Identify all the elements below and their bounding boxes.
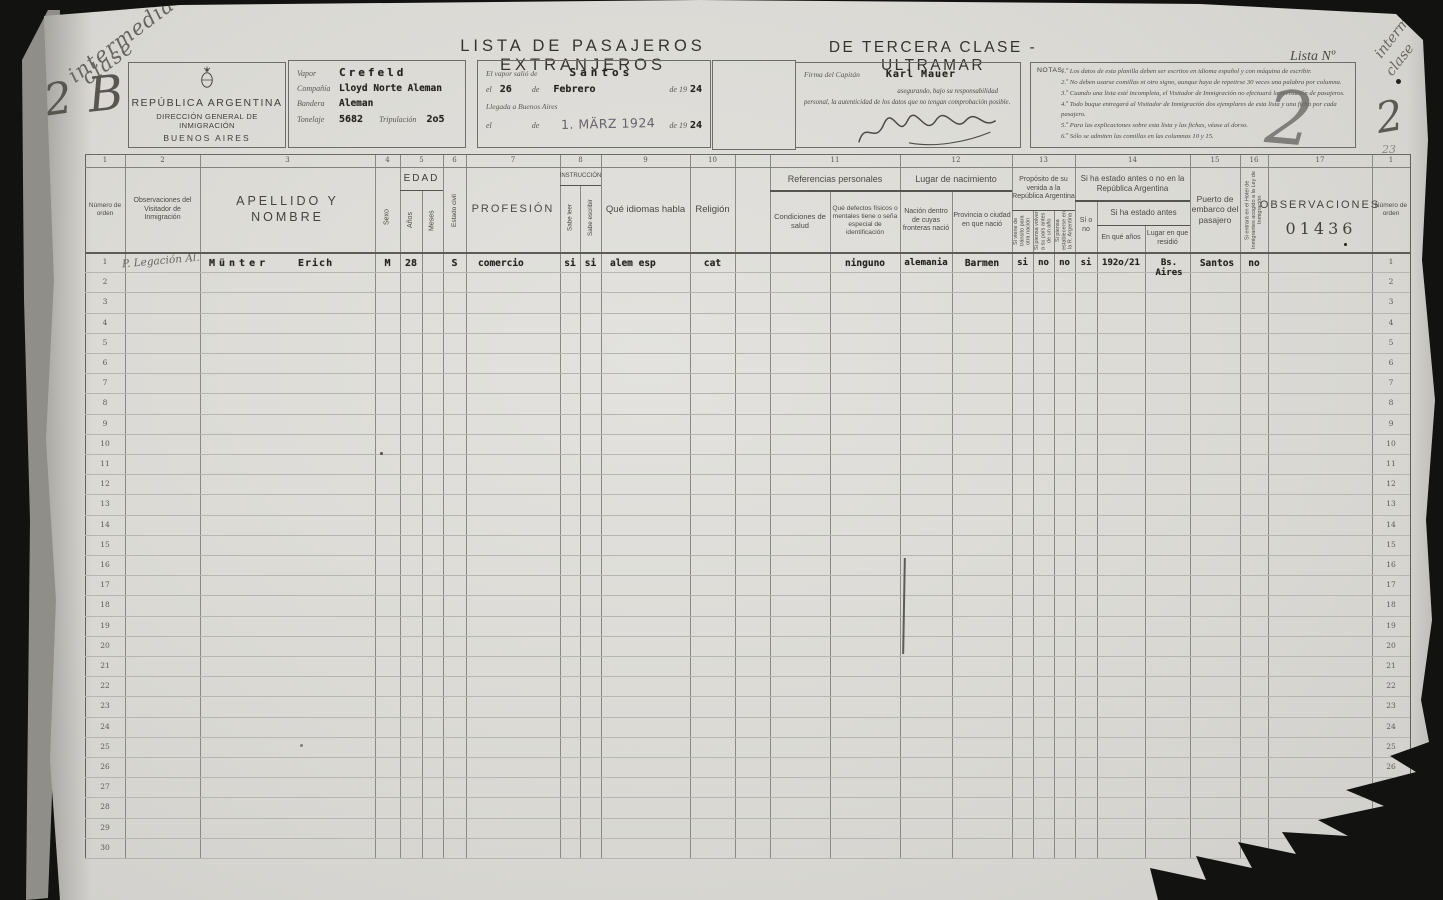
r1-nombre: Erich [298, 258, 333, 269]
row-line [85, 515, 1410, 516]
corner-23: 23 [1382, 143, 1396, 156]
col-si-ha-estado: Si ha estado antes [1097, 201, 1190, 224]
scanned-passenger-list-page: LISTA DE PASAJEROS EXTRANJEROS DE TERCER… [0, 0, 1443, 900]
row-line [85, 434, 1410, 435]
row-line [85, 676, 1410, 677]
row-number-left: 15 [85, 535, 125, 555]
notas-big-2: 2 [1262, 74, 1316, 164]
table-vline [1097, 200, 1098, 858]
column-number: 6 [443, 154, 466, 167]
col-apellido-nombre: APELLIDO Y NOMBRE [200, 167, 375, 252]
row-number-right: 5 [1372, 333, 1410, 353]
row-number-right: 25 [1372, 737, 1410, 757]
r1-idiomas: alem esp [610, 258, 656, 269]
column-number: 12 [900, 154, 1012, 167]
row-number-left: 7 [85, 373, 125, 393]
column-number: 8 [560, 154, 601, 167]
row-number-left: 27 [85, 777, 125, 797]
r1-anos: 28 [400, 258, 422, 269]
row-number-left: 30 [85, 838, 125, 858]
col-proposito-1: Si viene de tránsito para otra nación [1012, 211, 1033, 251]
col-proposito-group: Propósito de su venida a la República Ar… [1012, 169, 1075, 209]
row-number-right: 22 [1372, 676, 1410, 696]
col-referencias-group: Referencias personales [770, 171, 900, 188]
col-defectos: Qué defectos físicos o mentales tiene o … [830, 190, 900, 252]
top-left-mark-B: B [85, 64, 126, 123]
col-sexo: Sexo [377, 185, 398, 250]
r1-provincia: Barmen [952, 258, 1012, 269]
column-number: 4 [375, 154, 400, 167]
row-line [85, 535, 1410, 536]
column-number: 10 [690, 154, 735, 167]
row-line [85, 555, 1410, 556]
row-number-left: 17 [85, 575, 125, 595]
col-instruccion-group: INSTRUCCIÓN [560, 169, 601, 184]
col-puerto: Puerto de embarco del pasajero [1190, 167, 1240, 252]
row-number-left: 1 [85, 252, 125, 272]
col-lugar-residio: Lugar en que residió [1145, 226, 1190, 251]
row-number-left: 20 [85, 636, 125, 656]
column-number: 9 [601, 154, 690, 167]
row-line [85, 494, 1410, 495]
column-number: 2 [125, 154, 200, 167]
row-number-right: 14 [1372, 515, 1410, 535]
row-number-right: 26 [1372, 757, 1410, 777]
col-estado-antes-group: Si ha estado antes o no en la República … [1075, 169, 1190, 199]
ink-speck [1396, 79, 1401, 84]
r1-hotel: no [1240, 258, 1268, 269]
row-line [85, 393, 1410, 394]
r1-sabe-leer: si [560, 258, 580, 269]
r1-profesion: comercio [478, 258, 524, 269]
row-number-right: 16 [1372, 555, 1410, 575]
table-vline [1410, 154, 1411, 858]
row-number-left: 5 [85, 333, 125, 353]
row-number-left: 28 [85, 797, 125, 817]
ink-speck [380, 452, 383, 455]
row-line [85, 696, 1410, 697]
row-number-left: 11 [85, 454, 125, 474]
col-observaciones: OBSERVACIONES [1268, 196, 1372, 216]
row-number-right: 29 [1372, 818, 1410, 838]
row-line [85, 636, 1410, 637]
row-number-left: 3 [85, 292, 125, 312]
row-number-right: 2 [1372, 272, 1410, 292]
col-idiomas: Qué idiomas habla [601, 167, 690, 252]
row-number-right: 6 [1372, 353, 1410, 373]
column-number: 13 [1012, 154, 1075, 167]
row-number-right: 13 [1372, 494, 1410, 514]
row-line [85, 333, 1410, 334]
r1-defectos: ninguno [830, 258, 900, 269]
row-number-left: 4 [85, 313, 125, 333]
row-line [85, 737, 1410, 738]
table-vline [601, 154, 602, 858]
col-meses: Meses [422, 191, 443, 250]
column-number: 11 [770, 154, 900, 167]
row-number-left: 29 [85, 818, 125, 838]
row-number-left: 6 [85, 353, 125, 373]
row-number-right: 7 [1372, 373, 1410, 393]
row-line [85, 353, 1410, 354]
r1-lugar-residio: Bs. Aires [1145, 258, 1193, 278]
row-number-left: 19 [85, 616, 125, 636]
row-line [85, 595, 1410, 596]
row-number-right: 24 [1372, 717, 1410, 737]
column-number: 7 [466, 154, 560, 167]
col-anos: Años [400, 191, 422, 250]
row-line [85, 858, 1410, 859]
row-number-left: 21 [85, 656, 125, 676]
column-number: 14 [1075, 154, 1190, 167]
row-number-left: 9 [85, 414, 125, 434]
column-number: 15 [1190, 154, 1240, 167]
r1-nacion: alemania [900, 258, 952, 268]
row-number-right: 10 [1372, 434, 1410, 454]
row-number-left: 16 [85, 555, 125, 575]
row-number-left: 25 [85, 737, 125, 757]
r1-religion: cat [690, 258, 735, 269]
row-number-left: 23 [85, 696, 125, 716]
row-number-left: 26 [85, 757, 125, 777]
row-number-right: 4 [1372, 313, 1410, 333]
r1-apellido: Münter [209, 258, 269, 269]
row-line [85, 373, 1410, 374]
r1-proposito-2: no [1033, 258, 1054, 268]
column-number: 1 [85, 154, 125, 167]
r1-sexo: M [375, 258, 400, 269]
row-line [85, 575, 1410, 576]
row-number-left: 22 [85, 676, 125, 696]
col-provincia: Provincia o ciudad en que nació [952, 192, 1012, 250]
col-numero-orden-right: Número de orden [1372, 178, 1410, 242]
row-number-right: 23 [1372, 696, 1410, 716]
col-en-que-anos: En qué años [1097, 226, 1145, 251]
row-line [85, 717, 1410, 718]
row-number-right: 8 [1372, 393, 1410, 413]
row-line [85, 818, 1410, 819]
row-number-right: 20 [1372, 636, 1410, 656]
table-vline [770, 154, 771, 858]
col-observaciones-visitador: Observaciones del Visitador de Inmigraci… [126, 178, 199, 242]
row-number-right: 9 [1372, 414, 1410, 434]
ink-speck [1344, 243, 1347, 246]
row-number-left: 13 [85, 494, 125, 514]
row-number-left: 2 [85, 272, 125, 292]
row-number-right: 18 [1372, 595, 1410, 615]
col-si-o-no: Sí o no [1075, 201, 1097, 251]
r1-proposito-3: no [1054, 258, 1075, 268]
row-line [85, 414, 1410, 415]
ink-speck [300, 744, 303, 747]
row-line [85, 454, 1410, 455]
col-proposito-2: Si piensa volver a su país antes de un a… [1033, 211, 1054, 251]
row-line [85, 777, 1410, 778]
col-condiciones-salud: Condiciones de salud [772, 192, 828, 250]
row-line [85, 616, 1410, 617]
col-numero-orden: Número de orden [85, 170, 125, 250]
col-religion: Religión [690, 167, 735, 252]
col-nacion: Nación dentro de cuyas fronteras nació [900, 192, 952, 250]
row-line [85, 797, 1410, 798]
table-hline [85, 252, 1410, 254]
row-line [85, 272, 1410, 273]
row-number-right: 28 [1372, 797, 1410, 817]
column-number: 5 [400, 154, 443, 167]
row-number-left: 24 [85, 717, 125, 737]
row-number-right: 15 [1372, 535, 1410, 555]
table-vline [735, 154, 736, 858]
row-line [85, 656, 1410, 657]
col-sabe-escribir: Sabe escribir [580, 186, 601, 250]
row-number-left: 10 [85, 434, 125, 454]
row-number-right: 12 [1372, 474, 1410, 494]
row-number-right: 30 [1372, 838, 1410, 858]
row-number-right: 27 [1372, 777, 1410, 797]
r1-proposito-1: si [1012, 258, 1033, 268]
table-grid: 1122334455667788991010111112121313141415… [0, 0, 1443, 900]
row-number-right: 21 [1372, 656, 1410, 676]
col-estado-civil: Estado civil [444, 172, 465, 250]
row-line [85, 838, 1410, 839]
column-number: 3 [200, 154, 375, 167]
row-number-left: 14 [85, 515, 125, 535]
r1-sabe-escribir: si [580, 258, 601, 269]
table-vline [466, 154, 467, 858]
col-lugar-nacimiento-group: Lugar de nacimiento [900, 171, 1012, 188]
row-line [85, 474, 1410, 475]
row-number-right: 19 [1372, 616, 1410, 636]
r1-estado-civil: S [443, 258, 466, 269]
row-number-right: 17 [1372, 575, 1410, 595]
r1-puerto: Santos [1192, 258, 1242, 269]
row-number-right: 1 [1372, 252, 1410, 272]
r1-estado-antes: si [1075, 258, 1097, 268]
row-number-right: 3 [1372, 292, 1410, 312]
col-proposito-3: Si piensa establecerse en la R. Argentin… [1054, 211, 1075, 251]
row-line [85, 292, 1410, 293]
row-number-right: 11 [1372, 454, 1410, 474]
observaciones-number-stamp: 01436 [1276, 218, 1366, 240]
table-vline [1268, 154, 1269, 858]
col-edad-group: EDAD [400, 169, 443, 189]
row-number-left: 12 [85, 474, 125, 494]
table-vline [200, 154, 201, 858]
col-sabe-leer: Sabe leer [560, 186, 580, 250]
col-profesion: PROFESIÓN [466, 167, 560, 252]
paper-sheet: LISTA DE PASAJEROS EXTRANJEROS DE TERCER… [0, 0, 1443, 900]
row-line [85, 757, 1410, 758]
row-number-left: 8 [85, 393, 125, 413]
r1-en-que-anos: 192o/21 [1097, 258, 1145, 268]
table-vline [1145, 225, 1146, 858]
row-line [85, 313, 1410, 314]
row-number-left: 18 [85, 595, 125, 615]
